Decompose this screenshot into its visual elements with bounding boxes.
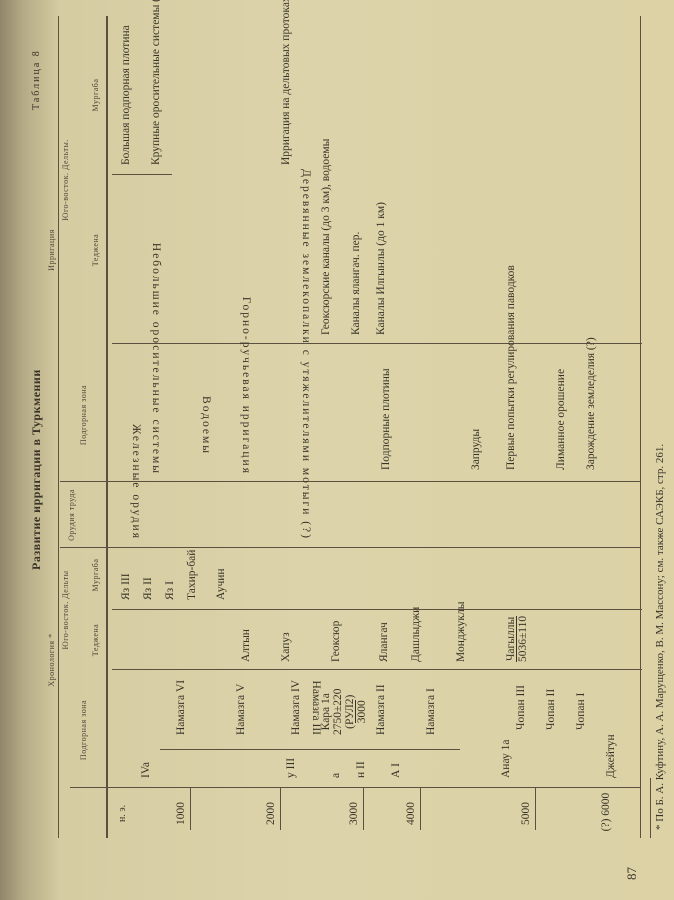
era-side-3: н II <box>355 761 367 778</box>
page-number: 87 <box>625 867 639 880</box>
date-1000: 1000 <box>175 802 187 825</box>
tedzhen-mondzhukly: Монджуклы <box>455 602 467 662</box>
irr-weirs: Запруды <box>470 429 482 470</box>
namazga-vi: Намазга VI <box>175 680 187 735</box>
murgab-takhirbai: Тахир-бай <box>186 550 198 600</box>
kara-1a: Кара 1а 2750±220 (РУЛ2) 3000 <box>320 688 368 735</box>
irr-yalang-canals: Каналы ялангач. пер. <box>350 232 362 335</box>
tools-wooden: Деревянные землекопалки с утяжелителями … <box>300 169 312 540</box>
tedzhen-khapuz: Хапуз <box>280 632 292 662</box>
col-rule-chron-murgab <box>60 547 640 548</box>
tedzhen-chagylly: Чагыллы 5036±110 <box>505 616 529 662</box>
irr-dams: Подпорные плотины <box>380 368 392 470</box>
era-side-1: у III <box>285 758 297 778</box>
chopan-iii: Чопан III <box>515 685 527 730</box>
date-rule <box>535 788 536 830</box>
chopan-ii: Чопан II <box>545 689 557 730</box>
header-chronology: Хронология * <box>48 540 56 780</box>
header-top-rule <box>58 16 59 838</box>
phase-iva: IVa <box>140 762 152 778</box>
col-rule-chron-foothill <box>112 669 642 670</box>
date-ad: н. э. <box>118 805 129 822</box>
date-3000: 3000 <box>348 802 360 825</box>
table-title: Развитие ирригации в Туркмении <box>30 369 43 570</box>
date-rule <box>280 788 281 830</box>
col-rule-chron-tedzhen <box>112 609 642 610</box>
table-label: Таблица 8 <box>32 49 43 110</box>
era-side-2: а <box>330 773 342 778</box>
namazga-v: Намазга V <box>235 684 247 735</box>
era-side-4: А I <box>390 763 402 778</box>
irr-delta-channels: Ирригация на дельтовых протоках (?) <box>280 0 292 165</box>
murgab-yaz-i: Яз I <box>164 581 176 600</box>
date-4000: 4000 <box>405 802 417 825</box>
namazga-iv: Намазга IV <box>290 680 302 735</box>
header-chron-murgab: Мургаба <box>92 550 100 600</box>
header-irr-murgab: Мургаба <box>92 20 100 170</box>
murgab-yaz-iii: Яз III <box>120 573 132 600</box>
header-irr-se-deltas: Юго-восток. Дельты. <box>62 20 70 340</box>
col-rule-tools <box>60 481 640 482</box>
date-5000: 5000 <box>520 802 532 825</box>
date-rule <box>363 788 364 830</box>
irr-flood-control: Первые попытки регулирования паводков <box>505 265 517 470</box>
date-rule <box>190 788 191 830</box>
irr-large-systems: Крупные оросительные системы (до 50 км) <box>150 0 162 165</box>
namazga-i: Намазга I <box>425 688 437 735</box>
kara-value: 2750±220 <box>332 688 344 735</box>
irr-big-dam: Большая подпорная плотина <box>120 25 132 165</box>
chopan-i: Чопан I <box>575 693 587 730</box>
kara-name: Кара 1а <box>320 693 332 730</box>
header-irr-foothill: Подгорная зона <box>80 350 88 480</box>
irr-reservoirs: Водоемы <box>200 396 212 455</box>
tedzhen-geoksyur: Геоксюр <box>330 621 342 662</box>
tedzhen-yalangach: Ялангач <box>378 622 390 662</box>
djeitun: Джейтун <box>605 734 617 778</box>
footnote-rule <box>650 778 651 838</box>
header-irr-tedzhen: Теджена <box>92 180 100 320</box>
rotated-table-page: Развитие ирригации в Туркмении Таблица 8… <box>0 0 674 900</box>
irr-ilgyn-canals: Каналы Илгынлы (до 1 км) <box>375 202 387 335</box>
header-chron-tedzhen: Теджена <box>92 610 100 670</box>
header-chron-foothill: Подгорная зона <box>80 680 88 780</box>
irr-liman: Лиманное орошение <box>555 369 567 470</box>
col-rule-irr-foothill <box>112 343 642 344</box>
irr-small-systems: Небольшие оросительные системы <box>150 243 162 475</box>
tedzhen-altyn: Алтын <box>240 629 252 662</box>
footnote: * По Б. А. Куфтину, А. А. Марущенко, В. … <box>655 444 667 830</box>
date-rule <box>420 788 421 830</box>
header-bottom-rule <box>106 16 108 838</box>
namazga-bracket <box>160 749 460 750</box>
murgab-auchin: Аучин <box>215 568 227 600</box>
irr-agriculture-origin: Зарождение земледелия (?) <box>585 337 597 470</box>
header-chron-se-deltas: Юго-восток. Дельты <box>62 550 70 670</box>
chagylly-date: 5036±110 <box>516 616 529 662</box>
murgab-yaz-ii: Яз II <box>142 577 154 600</box>
col-rule-dates <box>70 787 640 788</box>
namazga-ii: Намазга II <box>375 684 387 735</box>
irr-geoksyur-canals: Геоксюрские каналы (до 3 км), водоемы <box>320 139 332 335</box>
table-bottom-rule <box>640 16 641 838</box>
col-rule-irr-tedzhen <box>112 174 172 175</box>
date-6000: (?) 6000 <box>600 792 612 832</box>
header-tools: Орудия труда <box>68 485 76 545</box>
header-irrigation: Ирригация <box>48 20 56 480</box>
kara-date: 3000 <box>355 700 368 723</box>
tedzhen-dashlydzhi: Дашлыджи <box>410 607 422 662</box>
irr-mountain-stream: Горно-ручьевая ирригация <box>240 297 252 475</box>
tools-iron: Железные орудия <box>130 424 142 540</box>
date-2000: 2000 <box>265 802 277 825</box>
anau-1a: Анау 1а <box>500 740 512 778</box>
